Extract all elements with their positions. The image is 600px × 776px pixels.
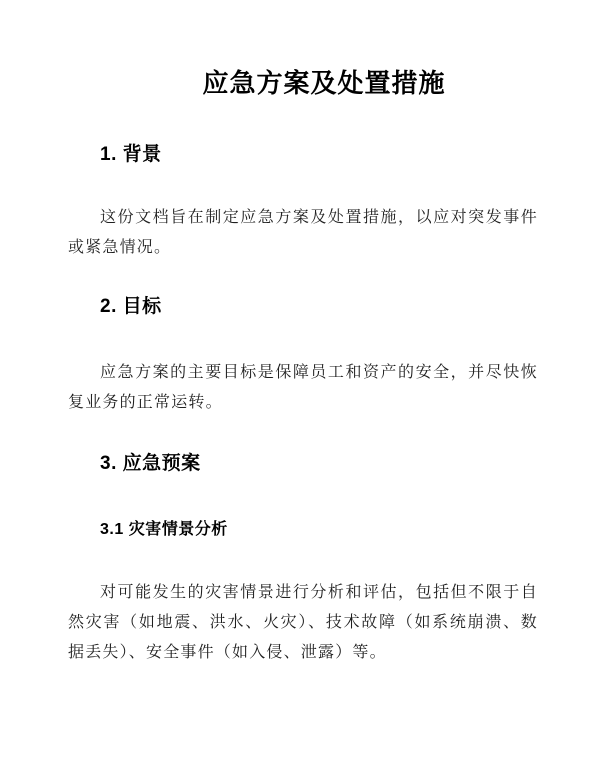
section-heading-goals: 2. 目标 (68, 294, 538, 320)
section-body-disaster-analysis: 对可能发生的灾害情景进行分析和评估，包括但不限于自然灾害（如地震、洪水、火灾）、… (68, 578, 538, 668)
section-heading-emergency-plan: 3. 应急预案 (68, 451, 538, 477)
section-heading-background: 1. 背景 (68, 142, 538, 168)
section-body-goals: 应急方案的主要目标是保障员工和资产的安全，并尽快恢复业务的正常运转。 (68, 358, 538, 418)
section-body-background: 这份文档旨在制定应急方案及处置措施，以应对突发事件或紧急情况。 (68, 203, 538, 263)
document-page: 应急方案及处置措施 1. 背景 这份文档旨在制定应急方案及处置措施，以应对突发事… (0, 0, 600, 776)
subsection-heading-disaster-analysis: 3.1 灾害情景分析 (68, 518, 538, 542)
document-title: 应急方案及处置措施 (68, 66, 538, 100)
